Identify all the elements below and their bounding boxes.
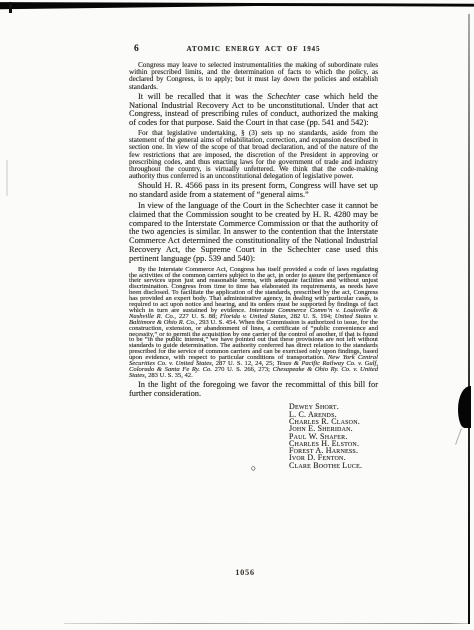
paragraph: In the light of the foregoing we favor t… (129, 381, 378, 399)
scanned-document-page: 6 ATOMIC ENERGY ACT OF 1945 Congress may… (0, 0, 474, 630)
paragraph: It will be recalled that it was the Sche… (129, 93, 378, 128)
paragraph: For that legislative undertaking, § (3) … (129, 130, 378, 180)
paragraph: By the Interstate Commerce Act, Congress… (129, 267, 378, 379)
paragraph: Congress may leave to selected instrumen… (129, 62, 378, 91)
scan-top-edge-artifact (0, 1, 474, 10)
scan-scratch-mark (455, 428, 462, 444)
page-number: 1056 (8, 567, 474, 577)
signature-block: Dewey Short.L. C. Arends.Charles R. Clas… (289, 403, 378, 469)
page-content: 6 ATOMIC ENERGY ACT OF 1945 Congress may… (129, 44, 378, 473)
running-title: ATOMIC ENERGY ACT OF 1945 (129, 44, 378, 53)
paragraph: Should H. R. 4566 pass in its present fo… (129, 182, 378, 200)
scan-corner-mark (9, 2, 12, 13)
scan-left-edge-artifact (6, 160, 8, 196)
scan-right-edge-artifact (468, 14, 470, 624)
scan-ink-blob (458, 386, 471, 428)
scan-bottom-edge-artifact (64, 623, 468, 624)
document-body: Congress may leave to selected instrumen… (129, 62, 378, 398)
paragraph: In view of the language of the Court in … (129, 202, 378, 264)
folio-number: 6 (134, 44, 139, 54)
page-header: 6 ATOMIC ENERGY ACT OF 1945 (129, 44, 378, 55)
